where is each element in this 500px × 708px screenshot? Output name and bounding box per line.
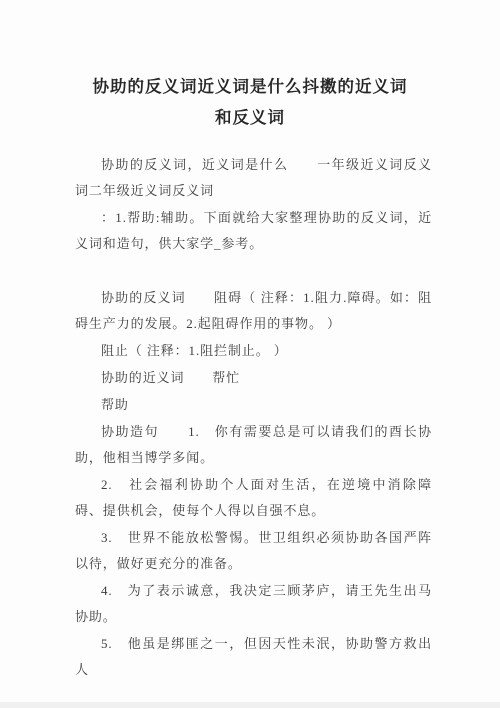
paragraph: ：1.帮助:辅助。下面就给大家整理协助的反义词，近义词和造句，供大家学_参考。 <box>75 205 432 257</box>
paragraph: 5. 他虽是绑匪之一，但因天性未泯，协助警方救出人 <box>75 631 432 683</box>
paragraph: 阻止（ 注释：1.阻拦制止。 ） <box>75 338 432 364</box>
paragraph: 2. 社会福利协助个人面对生活，在逆境中消除障碍、提供机会，使每个人得以自强不息… <box>75 472 432 524</box>
page-title: 协助的反义词近义词是什么抖擞的近义词 和反义词 <box>0 0 500 134</box>
paragraph: 协助的反义词 阻碍（ 注释：1.阻力.障碍。如：阻碍生产力的发展。2.起阻碍作用… <box>75 285 432 337</box>
paragraph: 协助的近义词 帮忙 <box>75 365 432 391</box>
document-page: 协助的反义词近义词是什么抖擞的近义词 和反义词 协助的反义词，近义词是什么 一年… <box>0 0 500 708</box>
paragraph: 4. 为了表示诚意，我决定三顾茅庐，请王先生出马协助。 <box>75 578 432 630</box>
paragraph: 帮助 <box>75 392 432 418</box>
body-paragraphs: 协助的反义词，近义词是什么 一年级近义词反义词二年级近义词反义词：1.帮助:辅助… <box>75 152 432 683</box>
paragraph: 3. 世界不能放松警惕。世卫组织必须协助各国严阵以待，做好更充分的准备。 <box>75 525 432 577</box>
paragraph: 协助造句 1. 你有需要总是可以请我们的酉长协助，他相当博学多闻。 <box>75 419 432 471</box>
page-title-line-1: 协助的反义词近义词是什么抖擞的近义词 <box>0 72 500 103</box>
paragraph: 协助的反义词，近义词是什么 一年级近义词反义词二年级近义词反义词 <box>75 152 432 204</box>
footer-bar <box>0 702 500 708</box>
page-title-line-2: 和反义词 <box>0 103 500 134</box>
